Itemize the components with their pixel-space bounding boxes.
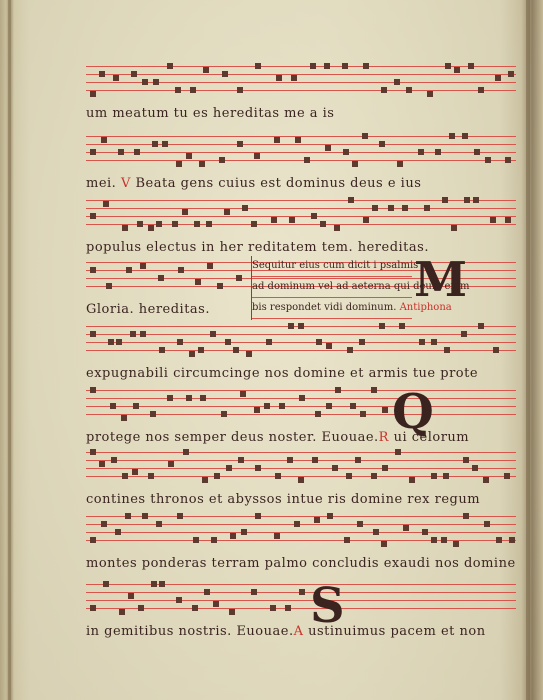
lyric-text: Gloria. hereditas. [86, 302, 210, 317]
neume [251, 221, 257, 227]
neume [121, 415, 127, 421]
neume [427, 91, 433, 97]
neume [304, 157, 310, 163]
neume [509, 537, 515, 543]
manuscript-page: um meatum tu es hereditas me a ismei. V … [0, 0, 543, 700]
neume [128, 593, 134, 599]
neume [153, 79, 159, 85]
neume [462, 133, 468, 139]
neume [332, 465, 338, 471]
staff-line [86, 74, 516, 75]
staff-line [86, 160, 516, 161]
neume [122, 473, 128, 479]
neume [362, 133, 368, 139]
neume [299, 589, 305, 595]
neume [151, 581, 157, 587]
staff-line [86, 208, 516, 209]
neume [199, 161, 205, 167]
neume [473, 197, 479, 203]
neume [176, 597, 182, 603]
neume [271, 217, 277, 223]
neume [478, 323, 484, 329]
neume [472, 465, 478, 471]
neume [219, 157, 225, 163]
neume [395, 449, 401, 455]
neume [461, 331, 467, 337]
neume [424, 205, 430, 211]
staff-line [86, 200, 516, 201]
staff [86, 452, 516, 486]
book-spine [8, 0, 11, 700]
neume [177, 513, 183, 519]
neume [210, 331, 216, 337]
neume [474, 149, 480, 155]
neume [381, 87, 387, 93]
neume [490, 217, 496, 223]
neume [381, 541, 387, 547]
neume [168, 461, 174, 467]
staff-system: expugnabili circumcinge nos domine et ar… [86, 326, 516, 360]
neume [335, 387, 341, 393]
neume [298, 323, 304, 329]
neume [348, 197, 354, 203]
neume [483, 477, 489, 483]
neume [99, 71, 105, 77]
neume [343, 149, 349, 155]
neume [379, 323, 385, 329]
neume [193, 537, 199, 543]
neume [90, 91, 96, 97]
neume [360, 411, 366, 417]
neume [382, 465, 388, 471]
neume [449, 133, 455, 139]
neume [326, 403, 332, 409]
neume [103, 201, 109, 207]
neume [264, 403, 270, 409]
neume [246, 351, 252, 357]
staff-line [86, 608, 516, 609]
neume [90, 213, 96, 219]
neume [255, 63, 261, 69]
neume [279, 403, 285, 409]
neume [142, 79, 148, 85]
neume [276, 75, 282, 81]
neume [342, 63, 348, 69]
neume [441, 537, 447, 543]
neume [159, 581, 165, 587]
neume [122, 225, 128, 231]
neume [326, 343, 332, 349]
neume [152, 141, 158, 147]
neume [274, 533, 280, 539]
staff-line [86, 600, 516, 601]
neume [311, 213, 317, 219]
neume [126, 267, 132, 273]
neume [131, 71, 137, 77]
neume [90, 149, 96, 155]
neume [254, 153, 260, 159]
neume [454, 67, 460, 73]
neume [111, 457, 117, 463]
neume [158, 275, 164, 281]
neume [274, 137, 280, 143]
neume [359, 339, 365, 345]
neume [316, 339, 322, 345]
neume [285, 605, 291, 611]
neume [195, 279, 201, 285]
neume [99, 461, 105, 467]
staff-system: mei. V Beata gens cuius est dominus deus… [86, 136, 516, 170]
neume [221, 411, 227, 417]
staff-line [86, 540, 516, 541]
neume [106, 283, 112, 289]
neume [346, 473, 352, 479]
lyric-text: expugnabili circumcinge nos domine et ar… [86, 366, 478, 381]
neume [190, 87, 196, 93]
neume [116, 339, 122, 345]
staff-line [86, 152, 516, 153]
rubric-mark: V [121, 176, 131, 191]
neume [464, 197, 470, 203]
neume [295, 137, 301, 143]
lyric-text: mei. V Beata gens cuius est dominus deus… [86, 176, 421, 191]
staff [86, 390, 516, 424]
neume [192, 605, 198, 611]
neume [206, 221, 212, 227]
neume [325, 145, 331, 151]
neume [229, 609, 235, 615]
rubric-line: bis respondet vidi dominum. Antiphona [252, 298, 412, 319]
rubric-box: Sequitur eius cum dicit i psalmis ad dom… [251, 256, 412, 320]
staff-system: protege nos semper deus noster. Euouae.R… [86, 390, 516, 424]
neume [200, 395, 206, 401]
neume [207, 263, 213, 269]
neume [294, 521, 300, 527]
neume [443, 473, 449, 479]
rubric-mark: R [379, 430, 389, 445]
neume [90, 331, 96, 337]
neume [431, 339, 437, 345]
staff [86, 584, 516, 618]
neume [397, 161, 403, 167]
neume [312, 457, 318, 463]
neume [419, 339, 425, 345]
neume [90, 267, 96, 273]
neume [505, 217, 511, 223]
neume [90, 449, 96, 455]
neume [108, 339, 114, 345]
neume [403, 525, 409, 531]
page-edge [526, 0, 530, 700]
neume [134, 149, 140, 155]
neume [103, 581, 109, 587]
neume [291, 75, 297, 81]
neume [242, 205, 248, 211]
decorated-initial: S [310, 582, 345, 630]
staff-line [86, 334, 516, 335]
neume [230, 533, 236, 539]
neume [204, 589, 210, 595]
neume [493, 347, 499, 353]
neume [484, 521, 490, 527]
neume [186, 395, 192, 401]
neume [238, 457, 244, 463]
neume [442, 197, 448, 203]
neume [347, 347, 353, 353]
neume [422, 529, 428, 535]
neume [435, 149, 441, 155]
neume [275, 473, 281, 479]
neume [496, 537, 502, 543]
staff [86, 66, 516, 100]
neume [399, 323, 405, 329]
neume [444, 347, 450, 353]
neume [478, 87, 484, 93]
staff-line [86, 82, 516, 83]
staff-system: montes ponderas terram palmo concludis e… [86, 516, 516, 550]
neume [240, 391, 246, 397]
neume [310, 63, 316, 69]
neume [371, 473, 377, 479]
neume [463, 457, 469, 463]
neume [148, 473, 154, 479]
neume [344, 537, 350, 543]
neume [150, 411, 156, 417]
neume [177, 339, 183, 345]
neume [445, 63, 451, 69]
neume [266, 339, 272, 345]
neume [214, 473, 220, 479]
neume [363, 217, 369, 223]
decorated-initial: Q [392, 388, 434, 436]
neume [156, 521, 162, 527]
staff-line [86, 524, 516, 525]
neume [289, 217, 295, 223]
rubric-mark: A [294, 624, 304, 639]
neume [255, 513, 261, 519]
neume [324, 63, 330, 69]
staff [86, 516, 516, 550]
staff [86, 200, 516, 234]
neume [118, 149, 124, 155]
neume [409, 477, 415, 483]
staff-line [86, 460, 516, 461]
lyric-text: populus electus in her reditatem tem. he… [86, 240, 429, 255]
neume [334, 225, 340, 231]
neume [233, 347, 239, 353]
neume [254, 407, 260, 413]
neume [222, 71, 228, 77]
decorated-initial: M [414, 256, 467, 304]
lyric-text: um meatum tu es hereditas me a is [86, 106, 334, 121]
rubric-line: ad dominum vel ad aeterna qui deum enim [252, 277, 412, 298]
neume [138, 605, 144, 611]
neume [382, 407, 388, 413]
staff-line [86, 516, 516, 517]
neume [394, 79, 400, 85]
neume [176, 161, 182, 167]
neume [371, 387, 377, 393]
neume [350, 403, 356, 409]
neume [194, 221, 200, 227]
neume [186, 153, 192, 159]
lyric-text: in gemitibus nostris. Euouae.A ustinuimu… [86, 624, 486, 639]
neume [495, 75, 501, 81]
neume [355, 457, 361, 463]
neume [485, 157, 491, 163]
neume [402, 205, 408, 211]
neume [508, 71, 514, 77]
neume [182, 209, 188, 215]
neume [241, 529, 247, 535]
staff-system: um meatum tu es hereditas me a is [86, 66, 516, 100]
staff-line [86, 452, 516, 453]
staff-line [86, 390, 516, 391]
staff-line [86, 350, 516, 351]
neume [255, 465, 261, 471]
neume [463, 513, 469, 519]
neume [327, 513, 333, 519]
neume [140, 263, 146, 269]
neume [314, 517, 320, 523]
neume [110, 403, 116, 409]
neume [119, 609, 125, 615]
neume [217, 283, 223, 289]
neume [132, 469, 138, 475]
neume [167, 63, 173, 69]
neume [418, 149, 424, 155]
neume [237, 87, 243, 93]
neume [453, 541, 459, 547]
neume [159, 347, 165, 353]
neume [183, 449, 189, 455]
neume [379, 141, 385, 147]
staff-line [86, 532, 516, 533]
neume [406, 87, 412, 93]
neume [125, 513, 131, 519]
neume [226, 465, 232, 471]
neume [298, 477, 304, 483]
neume [130, 331, 136, 337]
neume [90, 537, 96, 543]
neume [431, 473, 437, 479]
staff [86, 326, 516, 360]
neume [148, 225, 154, 231]
neume [373, 529, 379, 535]
staff-system: contines thronos et abyssos intue ris do… [86, 452, 516, 486]
neume [505, 157, 511, 163]
neume [140, 331, 146, 337]
lyric-text: contines thronos et abyssos intue ris do… [86, 492, 480, 507]
staff [86, 136, 516, 170]
neume [237, 141, 243, 147]
neume [189, 351, 195, 357]
neume [113, 75, 119, 81]
neume [178, 267, 184, 273]
staff-line [86, 90, 516, 91]
neume [213, 601, 219, 607]
staff-line [86, 216, 516, 217]
staff-line [86, 144, 516, 145]
neume [211, 537, 217, 543]
neume [198, 347, 204, 353]
neume [101, 521, 107, 527]
neume [504, 473, 510, 479]
neume [224, 209, 230, 215]
neume [352, 161, 358, 167]
neume [357, 521, 363, 527]
neume [320, 221, 326, 227]
staff-line [86, 342, 516, 343]
neume [468, 63, 474, 69]
staff-line [86, 66, 516, 67]
neume [175, 87, 181, 93]
neume [388, 205, 394, 211]
rubric-line: Sequitur eius cum dicit i psalmis [252, 256, 412, 277]
neume [431, 537, 437, 543]
neume [101, 137, 107, 143]
neume [90, 605, 96, 611]
neume [142, 513, 148, 519]
neume [133, 403, 139, 409]
neume [451, 225, 457, 231]
neume [225, 339, 231, 345]
neume [288, 323, 294, 329]
neume [162, 141, 168, 147]
neume [251, 589, 257, 595]
neume [156, 221, 162, 227]
neume [90, 387, 96, 393]
neume [299, 395, 305, 401]
neume [202, 477, 208, 483]
neume [270, 605, 276, 611]
neume [115, 529, 121, 535]
lyric-text: montes ponderas terram palmo concludis e… [86, 556, 516, 571]
neume [315, 411, 321, 417]
neume [172, 221, 178, 227]
neume [167, 395, 173, 401]
staff-system: in gemitibus nostris. Euouae.A ustinuimu… [86, 584, 516, 618]
neume [137, 221, 143, 227]
neume [287, 457, 293, 463]
neume [236, 275, 242, 281]
neume [363, 63, 369, 69]
staff-line [86, 406, 516, 407]
staff-line [86, 468, 516, 469]
neume [372, 205, 378, 211]
staff-system: populus electus in her reditatem tem. he… [86, 200, 516, 234]
neume [203, 67, 209, 73]
